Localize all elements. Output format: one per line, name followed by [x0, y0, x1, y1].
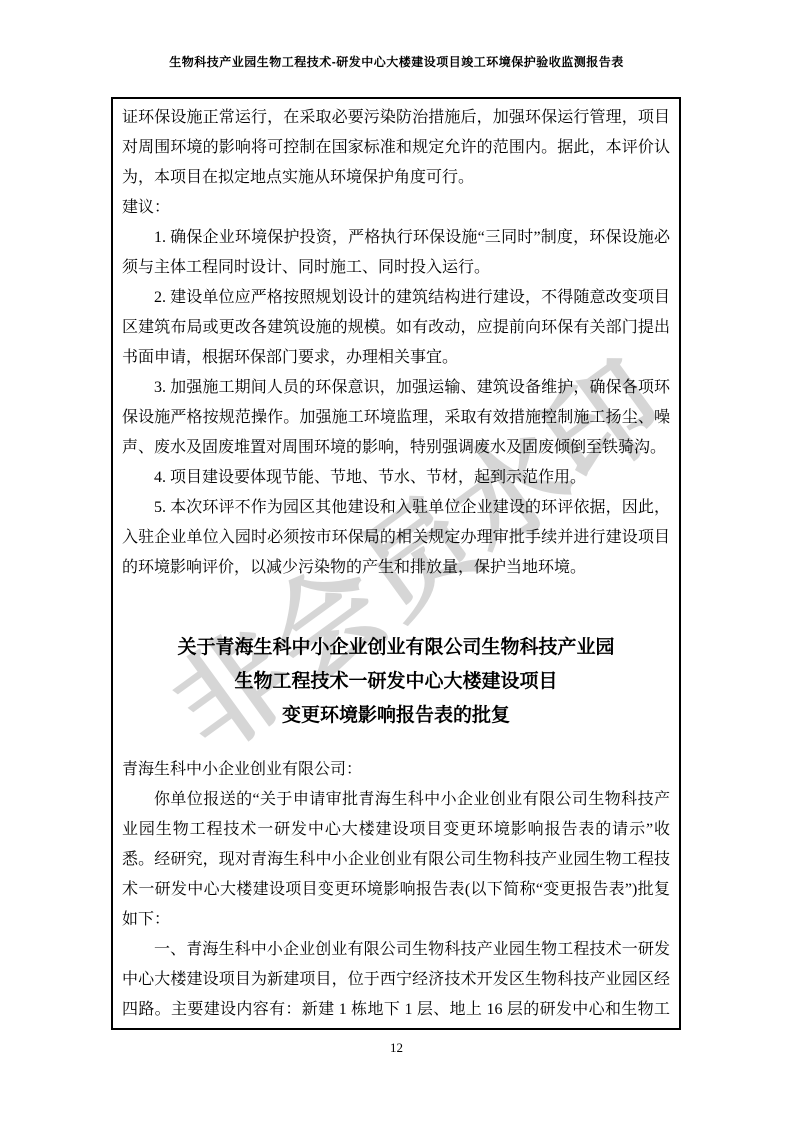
paragraph-suggestion-5: 5. 本次环评不作为园区其他建设和入驻单位企业建设的环评依据，因此，入驻企业单位… [122, 493, 670, 583]
approval-paragraph-1: 你单位报送的“关于申请审批青海生科中小企业创业有限公司生物科技产业园生物工程技术… [122, 785, 670, 935]
approval-heading: 关于青海生科中小企业创业有限公司生物科技产业园 生物工程技术一研发中心大楼建设项… [122, 631, 670, 733]
page-number: 12 [0, 1040, 793, 1056]
document-header-title: 生物科技产业园生物工程技术-研发中心大楼建设项目竣工环境保护验收监测报告表 [0, 53, 793, 70]
document-page: 生物科技产业园生物工程技术-研发中心大楼建设项目竣工环境保护验收监测报告表 非会… [0, 0, 793, 1122]
approval-heading-line-2: 生物工程技术一研发中心大楼建设项目 [122, 665, 670, 699]
approval-salutation: 青海生科中小企业创业有限公司： [122, 755, 670, 785]
approval-heading-line-3: 变更环境影响报告表的批复 [122, 699, 670, 733]
paragraph-suggestion-4: 4. 项目建设要体现节能、节地、节水、节材，起到示范作用。 [122, 463, 670, 493]
approval-paragraph-2: 一、青海生科中小企业创业有限公司生物科技产业园生物工程技术一研发中心大楼建设项目… [122, 935, 670, 1030]
paragraph-suggestion-2: 2. 建设单位应严格按照规划设计的建筑结构进行建设，不得随意改变项目区建筑布局或… [122, 283, 670, 373]
paragraph-continuation: 证环保设施正常运行，在采取必要污染防治措施后，加强环保运行管理，项目对周围环境的… [122, 103, 670, 193]
paragraph-suggestion-3: 3. 加强施工期间人员的环保意识，加强运输、建筑设备维护，确保各项环保设施严格按… [122, 373, 670, 463]
paragraph-suggestion-1: 1. 确保企业环境保护投资，严格执行环保设施“三同时”制度，环保设施必须与主体工… [122, 223, 670, 283]
paragraph-suggestions-label: 建议： [122, 193, 670, 223]
approval-heading-line-1: 关于青海生科中小企业创业有限公司生物科技产业园 [122, 631, 670, 665]
content-border-box: 证环保设施正常运行，在采取必要污染防治措施后，加强环保运行管理，项目对周围环境的… [111, 97, 681, 1030]
